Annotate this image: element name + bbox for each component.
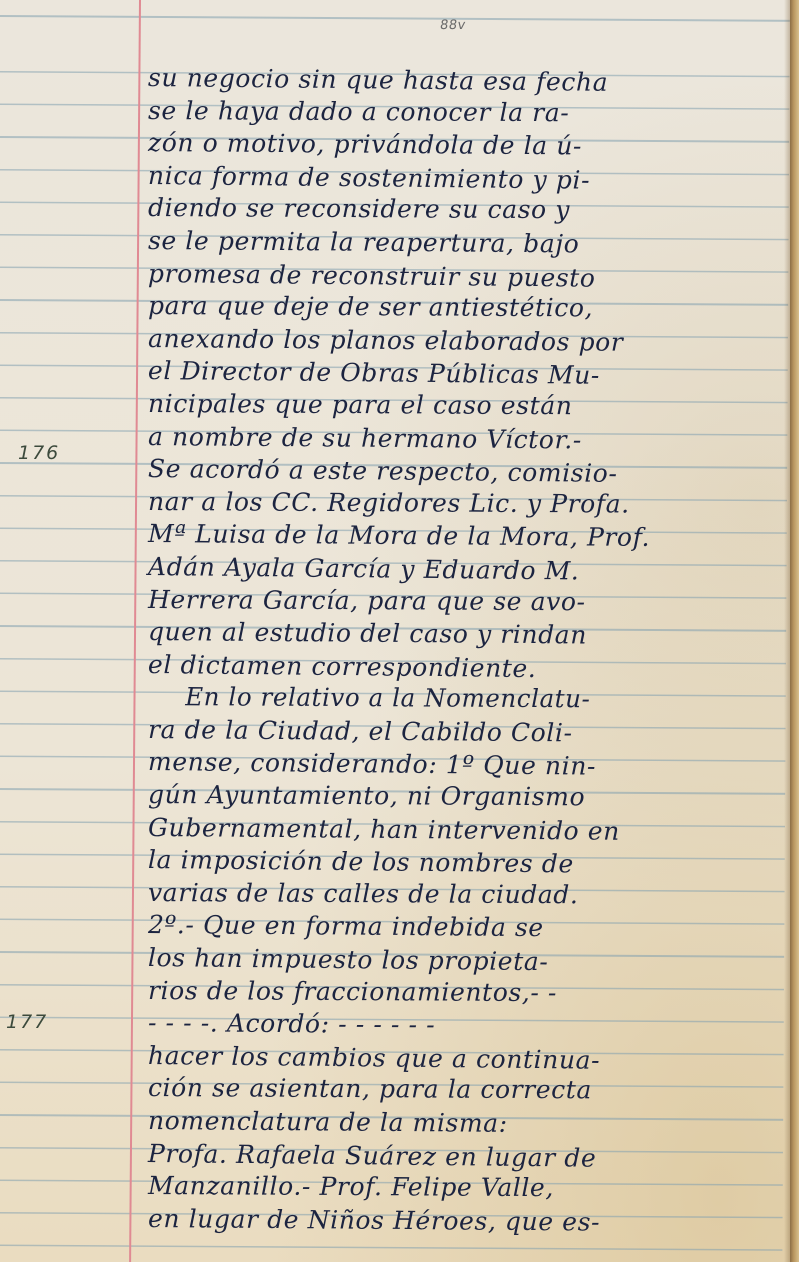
handwritten-line: se le permita la reapertura, bajo <box>148 225 798 263</box>
handwritten-line: - - - -. Acordó: - - - - - - <box>148 1007 798 1045</box>
notebook-page: 88v 176 177 su negocio sin que hasta esa… <box>0 0 799 1262</box>
handwritten-line: Gubernamental, han intervenido en <box>148 812 798 850</box>
handwritten-line: varias de las calles de la ciudad. <box>148 877 798 913</box>
handwritten-line: se le haya dado a conocer la ra- <box>148 95 798 131</box>
handwritten-line: nomenclatura de la misma: <box>148 1105 798 1143</box>
handwritten-line: Herrera García, para que se avo- <box>148 584 798 620</box>
handwritten-line: a nombre de su hermano Víctor.- <box>148 421 798 459</box>
handwritten-line: nicipales que para el caso están <box>148 388 798 424</box>
handwritten-line: anexando los planos elaborados por <box>148 323 798 361</box>
handwritten-line: nar a los CC. Regidores Lic. y Profa. <box>148 486 798 522</box>
handwritten-line: para que deje de ser antiestético, <box>148 290 798 326</box>
handwritten-line: rios de los fraccionamientos,- - <box>148 975 798 1011</box>
handwritten-line: zón o motivo, privándola de la ú- <box>148 127 798 165</box>
handwritten-line: gún Ayuntamiento, ni Organismo <box>148 779 798 815</box>
handwritten-line: Manzanillo.- Prof. Felipe Valle, <box>148 1170 798 1206</box>
handwritten-line: en lugar de Niños Héroes, que es- <box>148 1203 798 1241</box>
handwritten-line: ción se asientan, para la correcta <box>148 1072 798 1108</box>
handwritten-line: En lo relativo a la Nomenclatu- <box>148 681 785 717</box>
handwritten-line: ra de la Ciudad, el Cabildo Coli- <box>148 714 798 752</box>
handwritten-line: 2º.- Que en forma indebida se <box>148 909 798 947</box>
handwritten-line: quen al estudio del caso y rindan <box>148 616 798 654</box>
folio-number: 88v <box>439 18 467 33</box>
handwritten-text-body: su negocio sin que hasta esa fechase le … <box>148 62 798 1235</box>
handwritten-line: diendo se reconsidere su caso y <box>148 192 798 228</box>
margin-note-177: 177 <box>6 1011 48 1033</box>
handwritten-line: Mª Luisa de la Mora de la Mora, Prof. <box>148 518 798 556</box>
margin-note-176: 176 <box>18 442 60 464</box>
